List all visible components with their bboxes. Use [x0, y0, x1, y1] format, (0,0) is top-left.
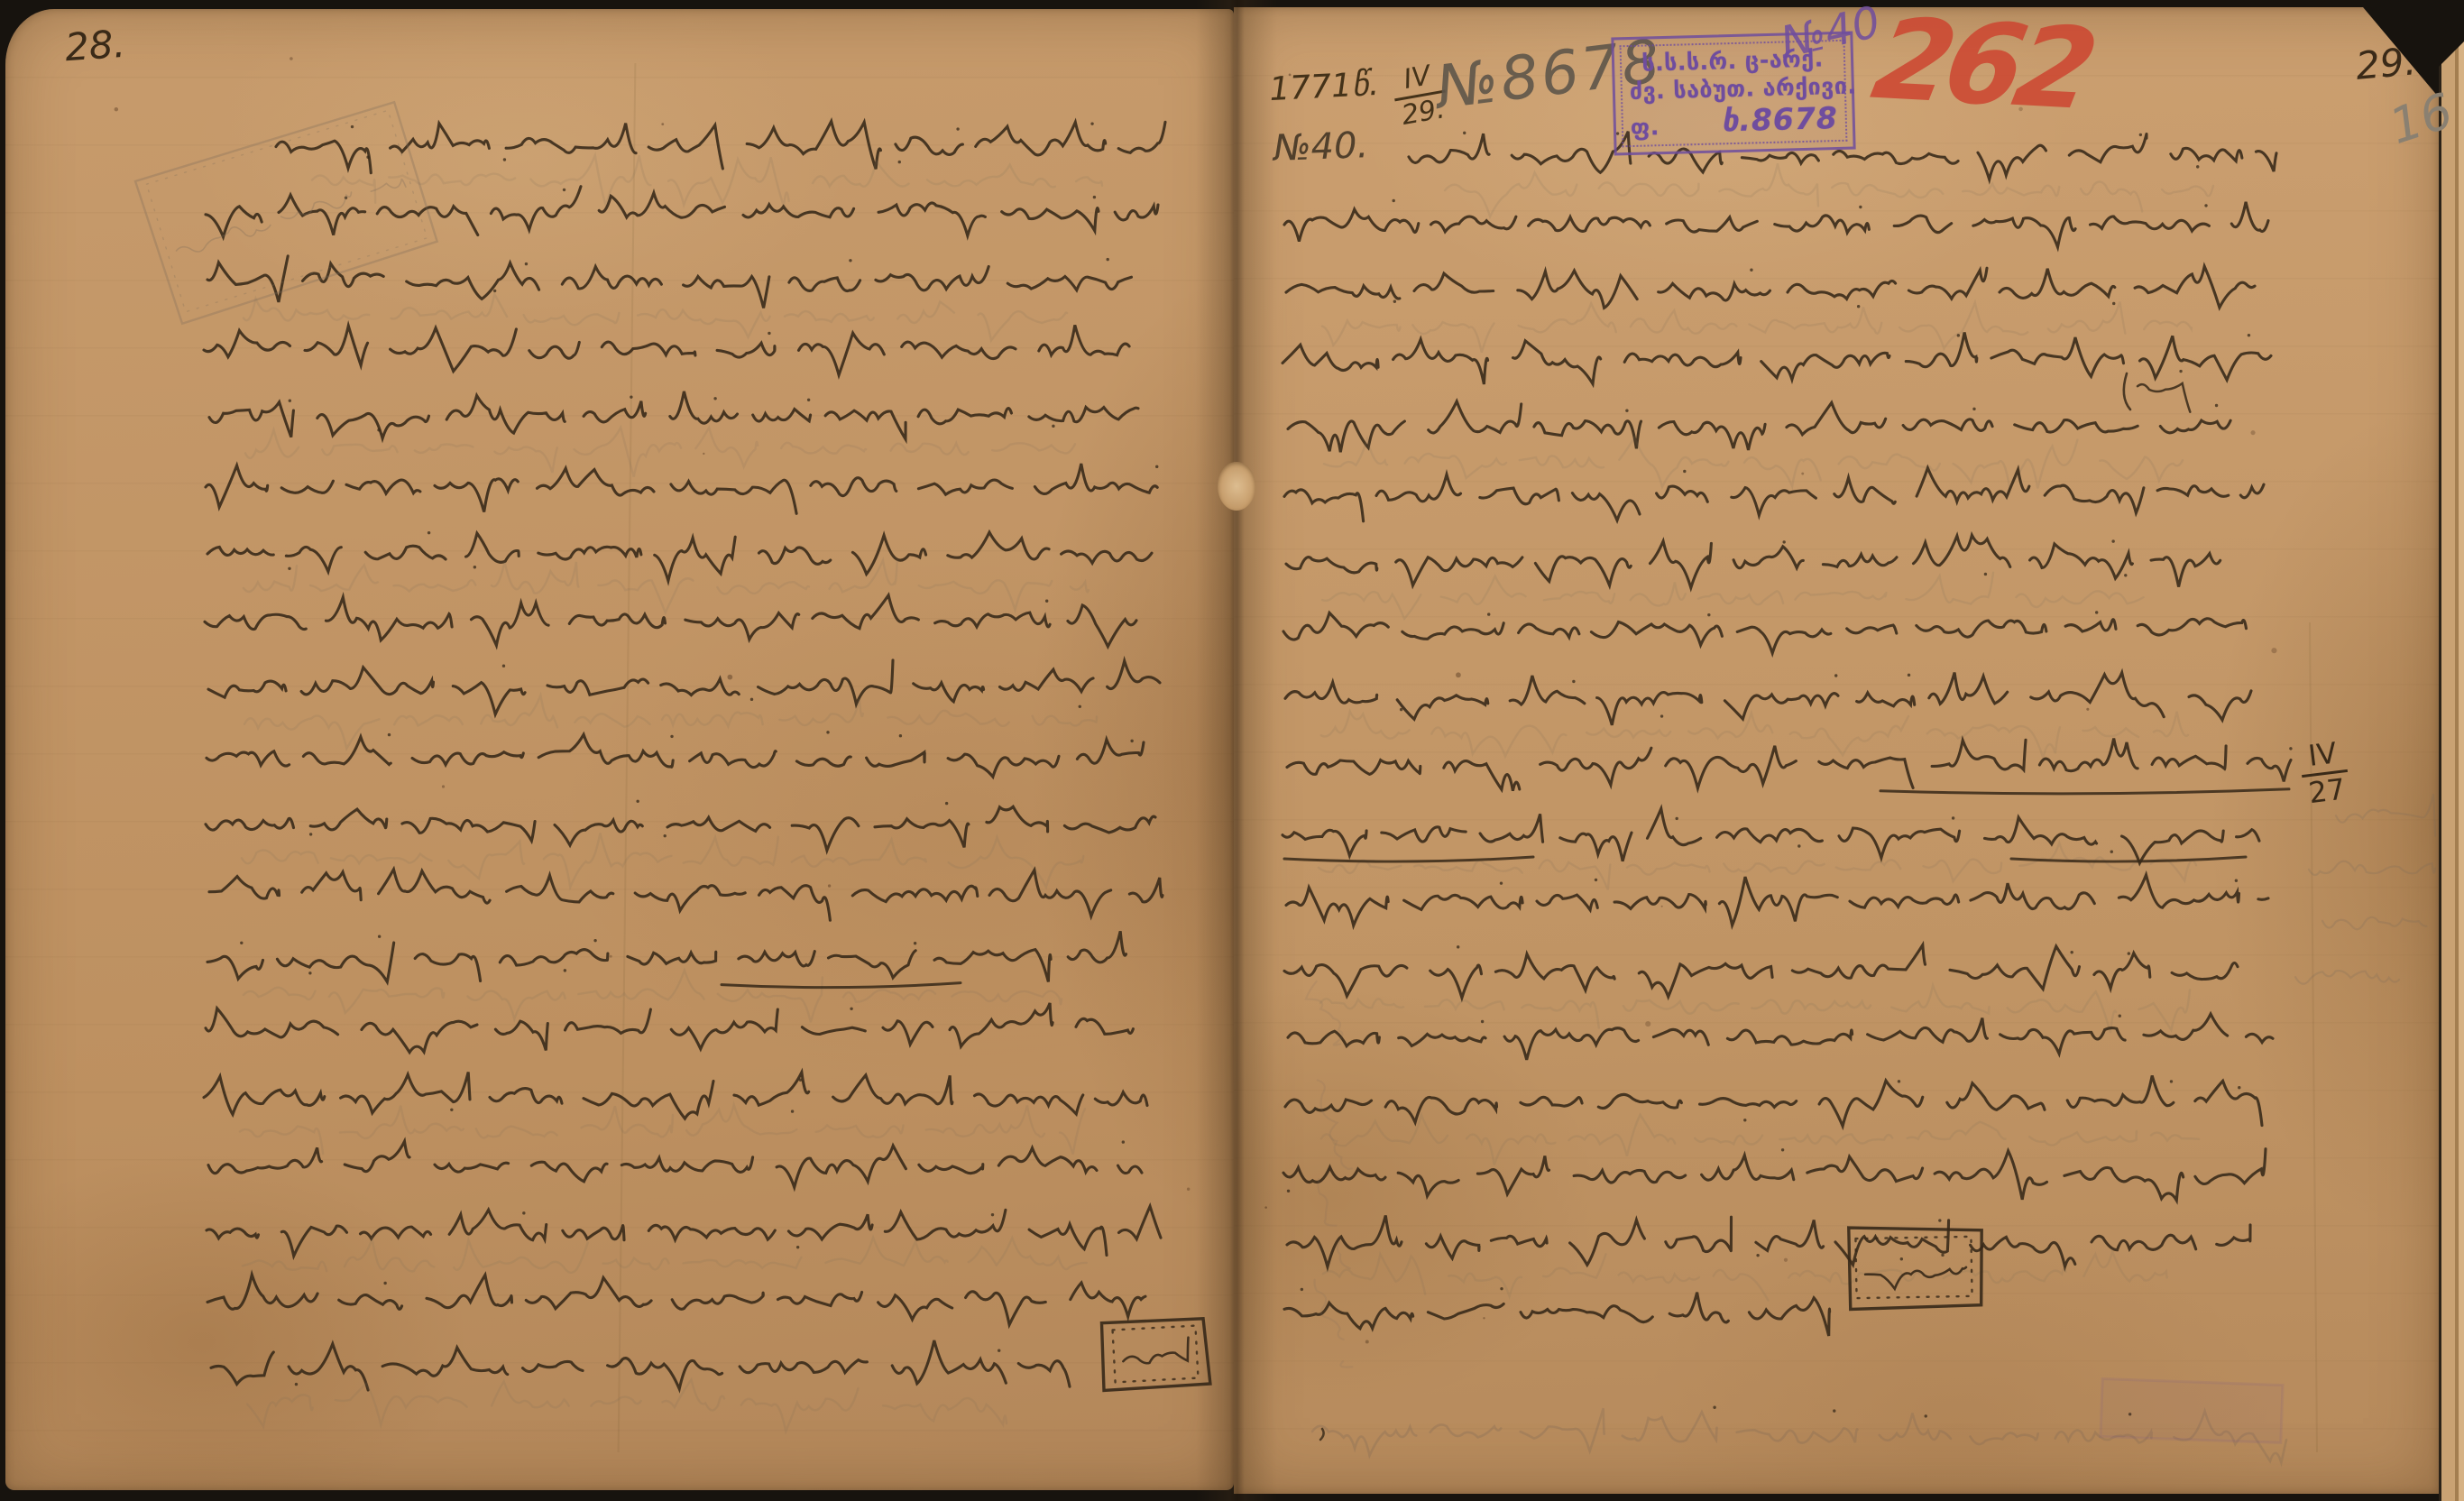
margin-date-fraction: IV 27 — [2302, 740, 2348, 806]
worm-hole — [1218, 462, 1255, 511]
page-right — [1234, 7, 2439, 1494]
date-year: 1771წ. — [1268, 66, 1380, 108]
page-number-right: 29. — [2354, 39, 2418, 88]
margin-fraction-bottom: 27 — [2307, 772, 2348, 808]
red-crayon-number: 262 — [1863, 0, 2100, 135]
fore-edge-pages — [2439, 41, 2464, 1501]
document-number: №40. — [1273, 124, 1369, 170]
page-number-left: 28. — [63, 22, 126, 70]
manuscript-scan: 28. 1771წ. IV 29. №8678 ს.ს.ს.რ. ც-არქ. … — [0, 0, 2464, 1501]
stamp-number: ხ.8678 — [1721, 100, 1838, 140]
stamp-fond-label: ფ. — [1631, 114, 1660, 142]
date-annotation: 1771წ. IV 29. — [1268, 62, 1447, 134]
